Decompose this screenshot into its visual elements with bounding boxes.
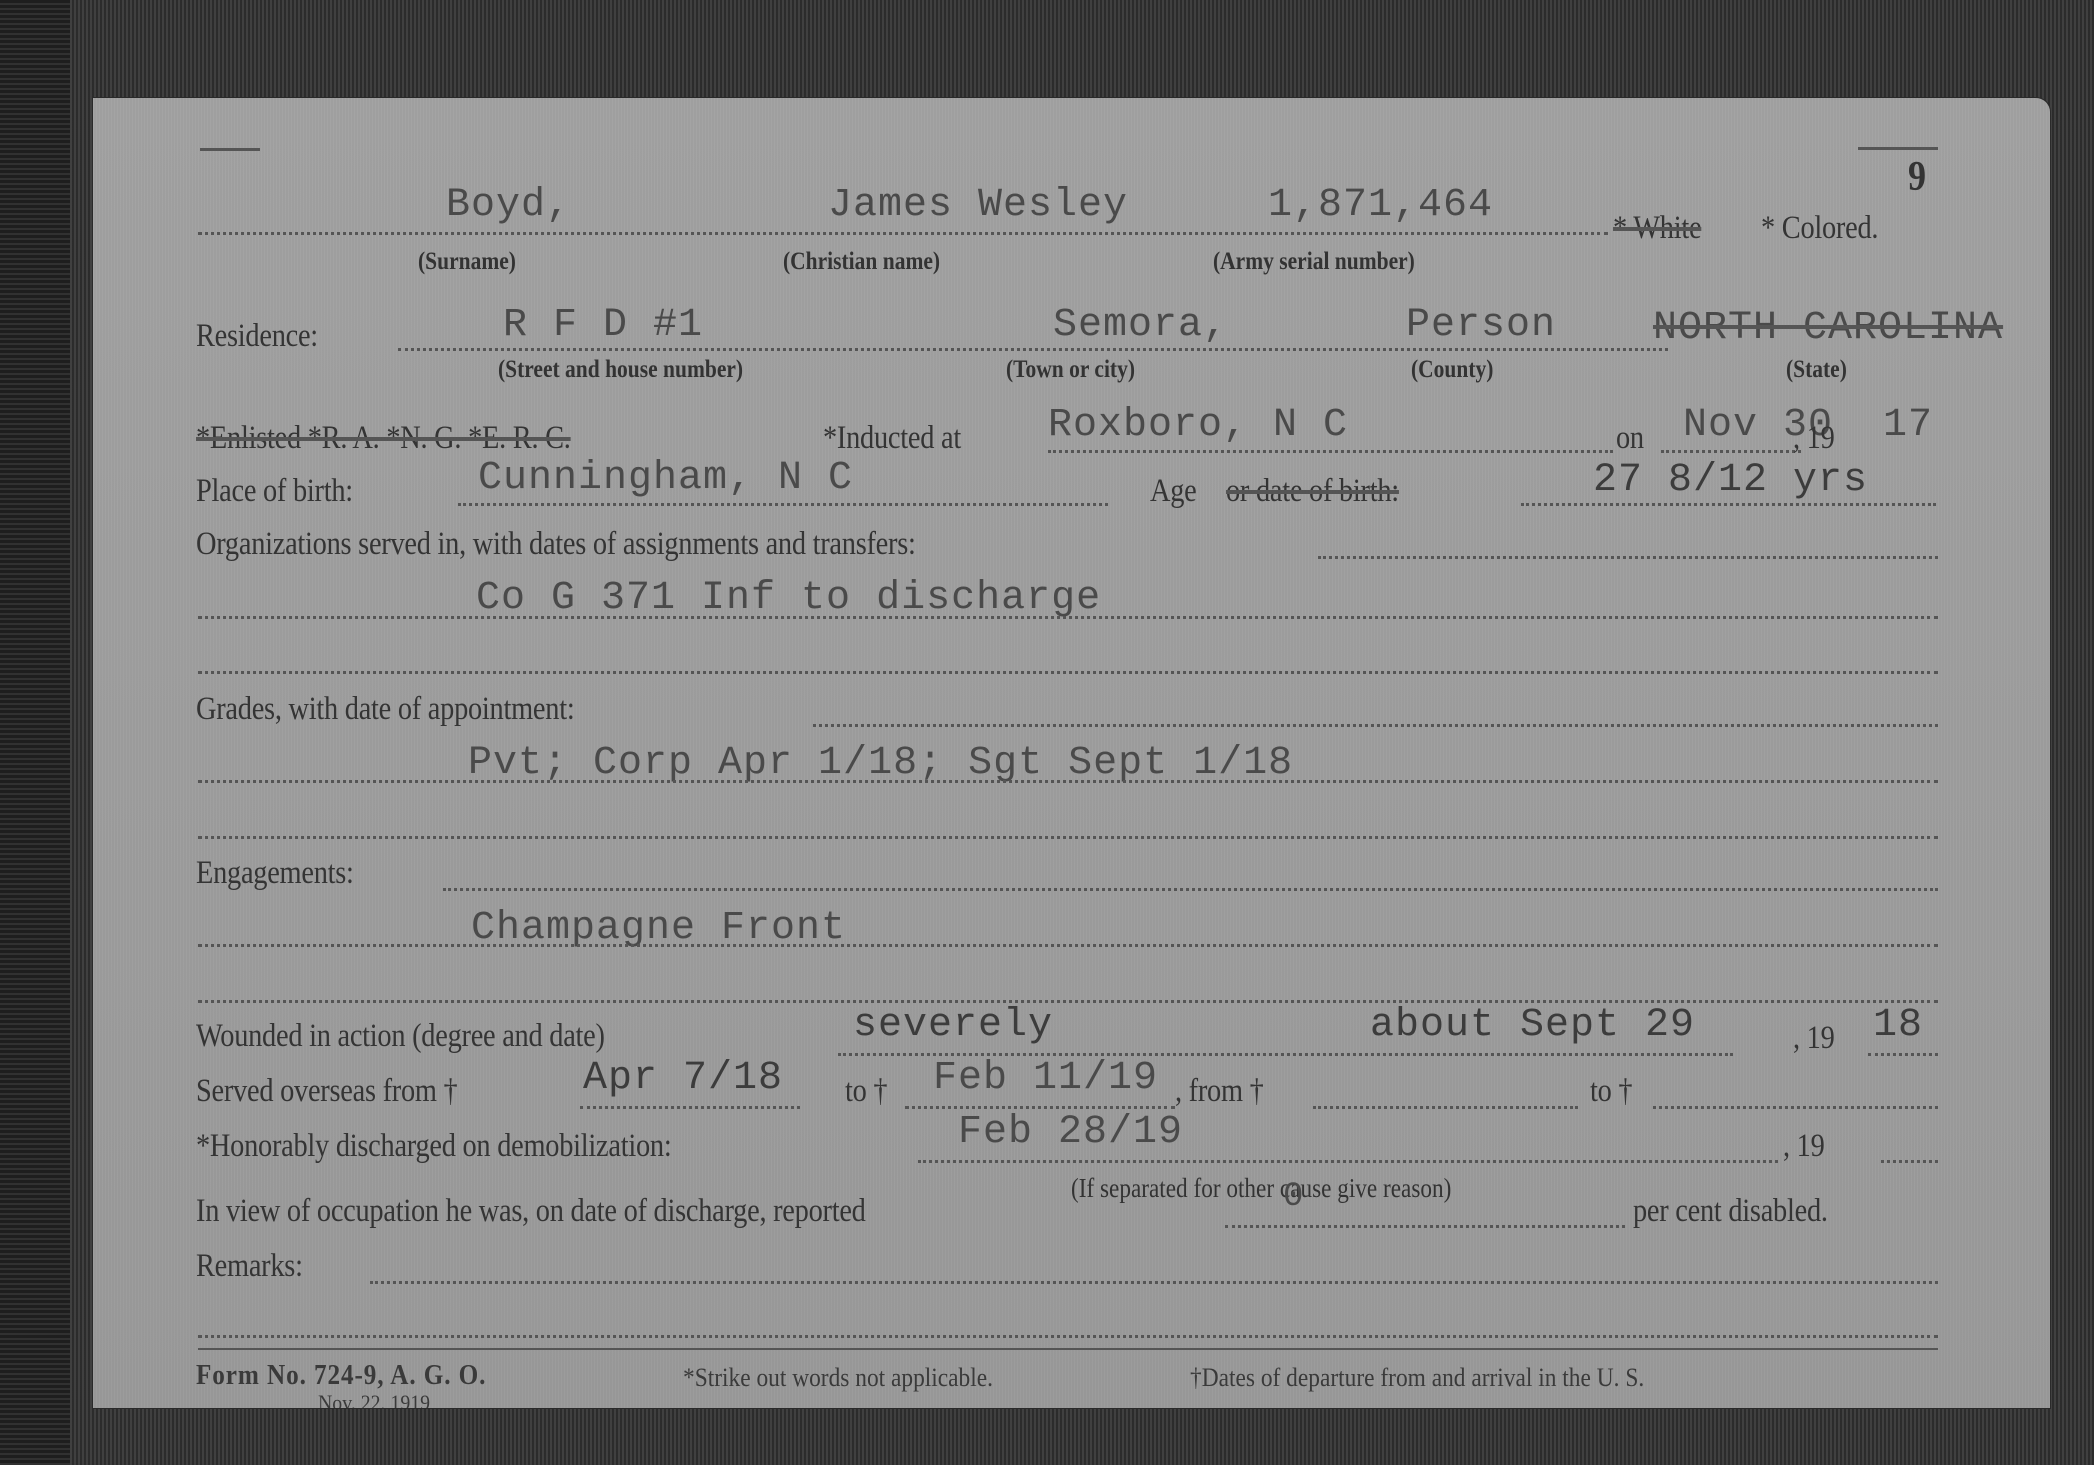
form-number: Form No. 724-9, A. G. O. bbox=[196, 1360, 486, 1392]
place-of-birth-label: Place of birth: bbox=[196, 473, 353, 510]
wounded-year-suffix: 18 bbox=[1873, 1003, 1923, 1048]
organizations-line-1 bbox=[1318, 556, 1938, 559]
county-caption: (County) bbox=[1411, 356, 1493, 384]
race-colored: * Colored. bbox=[1761, 210, 1878, 247]
form-date: Nov. 22, 1919 bbox=[318, 1390, 430, 1408]
serial-number-value: 1,871,464 bbox=[1268, 183, 1493, 228]
discharge-label: *Honorably discharged on demobilization: bbox=[196, 1128, 671, 1165]
top-right-mark bbox=[1858, 147, 1938, 150]
wounded-year-line bbox=[1868, 1053, 1938, 1056]
enlisted-options-struck: *Enlisted *R. A. *N. G. *E. R. C. bbox=[196, 420, 571, 457]
date-of-birth-struck: or date of birth: bbox=[1226, 473, 1399, 510]
grades-label: Grades, with date of appointment: bbox=[196, 691, 574, 728]
inducted-at-label: *Inducted at bbox=[823, 420, 961, 457]
street-caption: (Street and house number) bbox=[498, 356, 743, 384]
discharge-year-prefix: , 19 bbox=[1783, 1128, 1825, 1165]
discharge-year-line bbox=[1881, 1160, 1938, 1163]
overseas-to2-label: to † bbox=[1590, 1073, 1632, 1110]
engagements-line-2 bbox=[198, 944, 1938, 947]
organizations-line-3 bbox=[198, 671, 1938, 674]
grades-line-1 bbox=[813, 724, 1938, 727]
wounded-year-prefix: , 19 bbox=[1793, 1020, 1835, 1057]
disability-line bbox=[1225, 1225, 1625, 1228]
overseas-to-label: to † bbox=[845, 1073, 887, 1110]
inducted-at-place: Roxboro, N C bbox=[1048, 403, 1348, 448]
surname-caption: (Surname) bbox=[418, 248, 516, 276]
serial-number-caption: (Army serial number) bbox=[1213, 248, 1415, 276]
disability-label: In view of occupation he was, on date of… bbox=[196, 1193, 866, 1230]
grades-line-2 bbox=[198, 780, 1938, 783]
scanner-background-strip bbox=[0, 0, 70, 1465]
remarks-line-2 bbox=[198, 1335, 1938, 1338]
discharge-caption: (If separated for other cause give reaso… bbox=[1071, 1173, 1451, 1204]
wounded-date: about Sept 29 bbox=[1370, 1003, 1695, 1048]
inducted-year-suffix: 17 bbox=[1883, 403, 1933, 448]
wounded-label: Wounded in action (degree and date) bbox=[196, 1018, 605, 1055]
race-white-struck: * White bbox=[1613, 210, 1701, 247]
service-record-card: 9 Boyd, James Wesley 1,871,464 * White *… bbox=[93, 98, 2050, 1408]
overseas-to2-line bbox=[1653, 1106, 1938, 1109]
overseas-from-line bbox=[580, 1106, 800, 1109]
inducted-year-prefix: , 19 bbox=[1793, 420, 1835, 457]
overseas-to-value: Feb 11/19 bbox=[933, 1056, 1158, 1101]
remarks-label: Remarks: bbox=[196, 1248, 303, 1285]
place-of-birth-line bbox=[458, 503, 1108, 506]
age-value: 27 8/12 yrs bbox=[1593, 458, 1868, 503]
grades-line-3 bbox=[198, 836, 1938, 839]
overseas-from2-line bbox=[1313, 1106, 1578, 1109]
top-left-mark bbox=[200, 148, 260, 151]
overseas-from2-label: , from † bbox=[1175, 1073, 1264, 1110]
overseas-to-line bbox=[905, 1106, 1175, 1109]
inducted-on-line bbox=[1661, 450, 1801, 453]
name-line bbox=[198, 232, 1608, 235]
age-label: Age bbox=[1150, 473, 1197, 510]
disability-suffix: per cent disabled. bbox=[1633, 1193, 1828, 1230]
overseas-from-value: Apr 7/18 bbox=[583, 1056, 783, 1101]
residence-state: NORTH CAROLINA bbox=[1653, 306, 2003, 351]
strike-out-note: *Strike out words not applicable. bbox=[683, 1363, 993, 1393]
residence-county: Person bbox=[1406, 303, 1556, 348]
dagger-note: †Dates of departure from and arrival in … bbox=[1190, 1363, 1644, 1393]
remarks-line-1 bbox=[370, 1281, 1938, 1284]
christian-name-value: James Wesley bbox=[828, 183, 1128, 228]
surname-value: Boyd, bbox=[446, 183, 571, 228]
organizations-label: Organizations served in, with dates of a… bbox=[196, 526, 916, 563]
residence-label: Residence: bbox=[196, 318, 318, 355]
inducted-at-line bbox=[1048, 450, 1613, 453]
wounded-degree: severely bbox=[853, 1003, 1053, 1048]
served-overseas-label: Served overseas from † bbox=[196, 1073, 457, 1110]
footer-divider bbox=[198, 1348, 1938, 1350]
discharge-date: Feb 28/19 bbox=[958, 1110, 1183, 1155]
residence-line bbox=[398, 348, 1668, 351]
residence-street: R F D #1 bbox=[503, 303, 703, 348]
card-number: 9 bbox=[1908, 153, 1926, 201]
age-line bbox=[1521, 503, 1936, 506]
discharge-line bbox=[918, 1160, 1778, 1163]
state-caption: (State) bbox=[1786, 356, 1847, 384]
inducted-on-label: on bbox=[1616, 420, 1644, 457]
engagements-label: Engagements: bbox=[196, 855, 354, 892]
christian-name-caption: (Christian name) bbox=[783, 248, 940, 276]
disability-value: 0 bbox=[1283, 1178, 1304, 1216]
organizations-value: Co G 371 Inf to discharge bbox=[476, 576, 1101, 621]
town-caption: (Town or city) bbox=[1006, 356, 1135, 384]
engagements-line-1 bbox=[443, 888, 1938, 891]
organizations-line-2 bbox=[198, 616, 1938, 619]
residence-town: Semora, bbox=[1053, 303, 1228, 348]
place-of-birth-value: Cunningham, N C bbox=[478, 456, 853, 501]
